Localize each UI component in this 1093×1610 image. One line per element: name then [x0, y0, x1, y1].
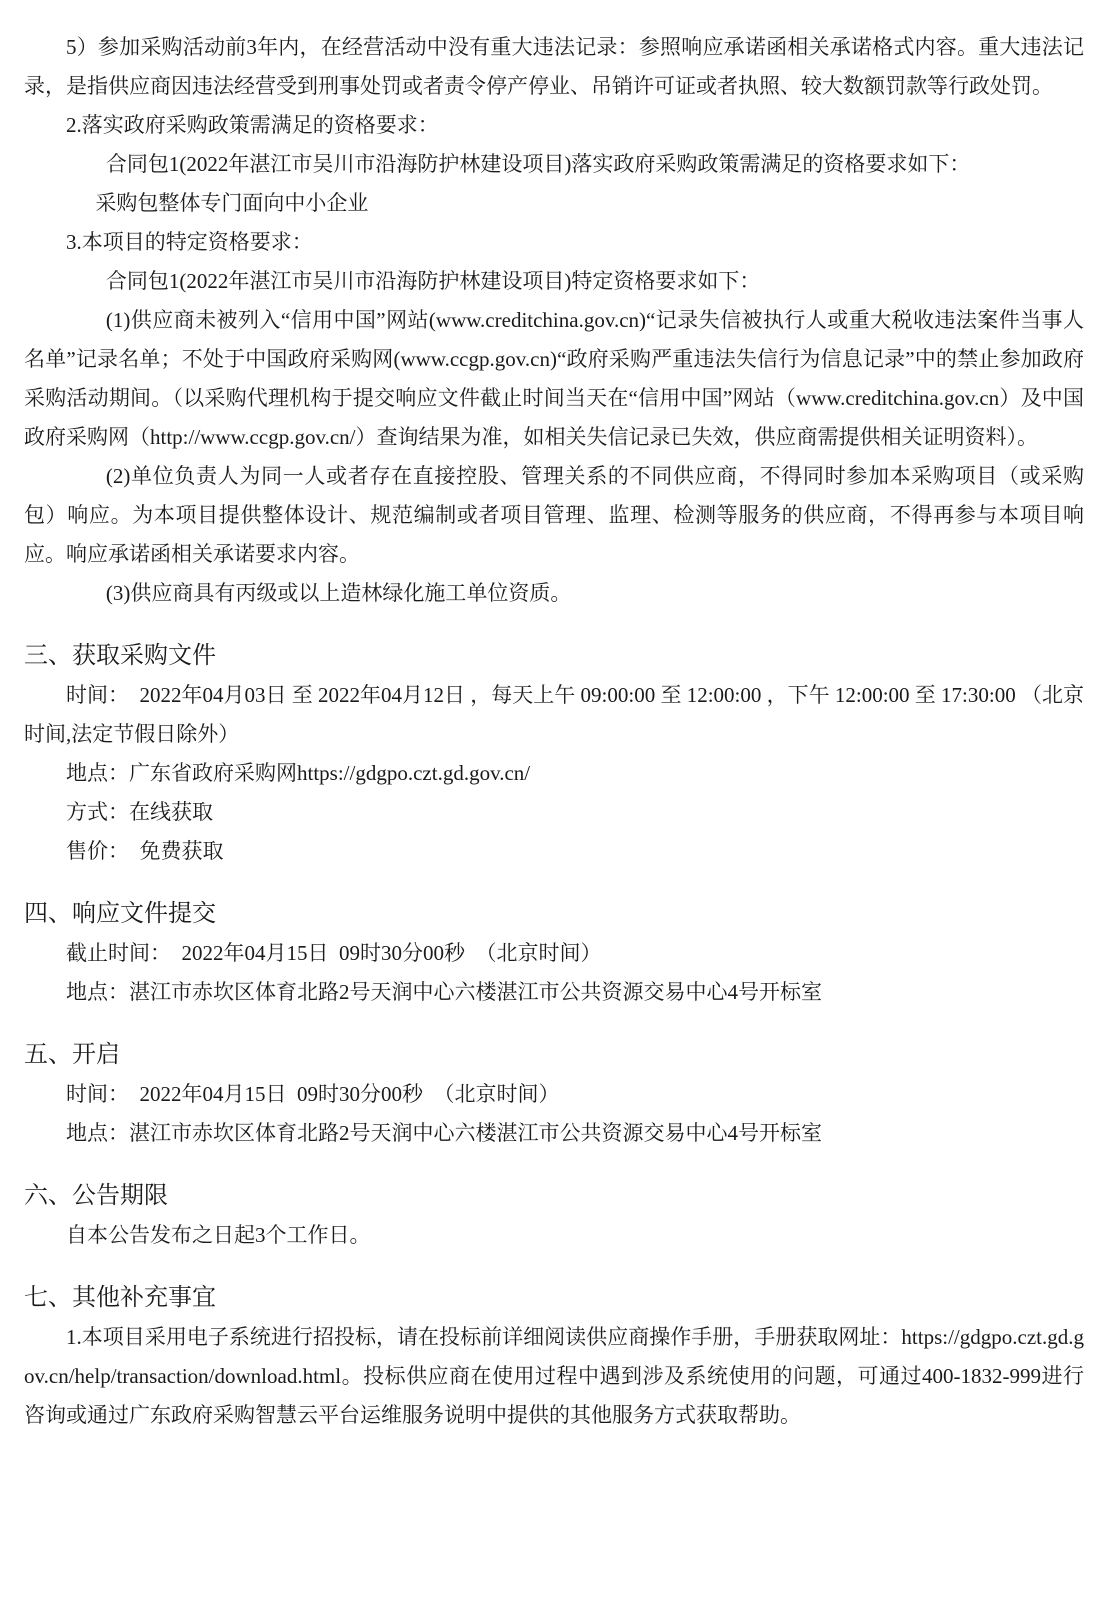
para-specific-req-1-credit-china: (1)供应商未被列入“信用中国”网站(www.creditchina.gov.c… — [24, 301, 1084, 457]
para-policy-sme-note: 采购包整体专门面向中小企业 — [24, 184, 1084, 223]
para-no-major-violations: 5）参加采购活动前3年内，在经营活动中没有重大违法记录：参照响应承诺函相关承诺格… — [24, 28, 1084, 106]
heading-opening: 五、开启 — [24, 1036, 1084, 1075]
line-obtain-method: 方式：在线获取 — [24, 793, 1084, 832]
para-specific-requirements-package: 合同包1(2022年湛江市吴川市沿海防护林建设项目)特定资格要求如下： — [24, 262, 1084, 301]
heading-announcement-period: 六、公告期限 — [24, 1177, 1084, 1216]
procurement-notice-page: 5）参加采购活动前3年内，在经营活动中没有重大违法记录：参照响应承诺函相关承诺格… — [0, 0, 1093, 1610]
heading-other-matters: 七、其他补充事宜 — [24, 1279, 1084, 1318]
line-obtain-time: 时间： 2022年04月03日 至 2022年04月12日 ，每天上午 09:0… — [24, 676, 1084, 754]
para-other-matters: 1.本项目采用电子系统进行招投标，请在投标前详细阅读供应商操作手册，手册获取网址… — [24, 1318, 1084, 1435]
line-opening-time: 时间： 2022年04月15日 09时30分00秒 （北京时间） — [24, 1075, 1084, 1114]
section-announcement-period: 六、公告期限 自本公告发布之日起3个工作日。 — [24, 1177, 1084, 1255]
line-obtain-price: 售价： 免费获取 — [24, 832, 1084, 871]
section-obtain-documents: 三、获取采购文件 时间： 2022年04月03日 至 2022年04月12日 ，… — [24, 637, 1084, 871]
line-submission-deadline: 截止时间： 2022年04月15日 09时30分00秒 （北京时间） — [24, 934, 1084, 973]
section-response-submission: 四、响应文件提交 截止时间： 2022年04月15日 09时30分00秒 （北京… — [24, 895, 1084, 1012]
para-specific-req-2-same-person: (2)单位负责人为同一人或者存在直接控股、管理关系的不同供应商，不得同时参加本采… — [24, 457, 1084, 574]
para-policy-requirements-package: 合同包1(2022年湛江市吴川市沿海防护林建设项目)落实政府采购政策需满足的资格… — [24, 145, 1084, 184]
para-specific-req-3-qualification: (3)供应商具有丙级或以上造林绿化施工单位资质。 — [24, 574, 1084, 613]
line-opening-location: 地点：湛江市赤坎区体育北路2号天润中心六楼湛江市公共资源交易中心4号开标室 — [24, 1114, 1084, 1153]
line-obtain-location: 地点：广东省政府采购网https://gdgpo.czt.gd.gov.cn/ — [24, 754, 1084, 793]
line-submission-location: 地点：湛江市赤坎区体育北路2号天润中心六楼湛江市公共资源交易中心4号开标室 — [24, 973, 1084, 1012]
para-policy-requirements-title: 2.落实政府采购政策需满足的资格要求： — [24, 106, 1084, 145]
heading-response-submission: 四、响应文件提交 — [24, 895, 1084, 934]
line-announcement-period: 自本公告发布之日起3个工作日。 — [24, 1216, 1084, 1255]
para-specific-requirements-title: 3.本项目的特定资格要求： — [24, 223, 1084, 262]
section-other-matters: 七、其他补充事宜 1.本项目采用电子系统进行招投标，请在投标前详细阅读供应商操作… — [24, 1279, 1084, 1435]
heading-obtain-documents: 三、获取采购文件 — [24, 637, 1084, 676]
section-opening: 五、开启 时间： 2022年04月15日 09时30分00秒 （北京时间） 地点… — [24, 1036, 1084, 1153]
